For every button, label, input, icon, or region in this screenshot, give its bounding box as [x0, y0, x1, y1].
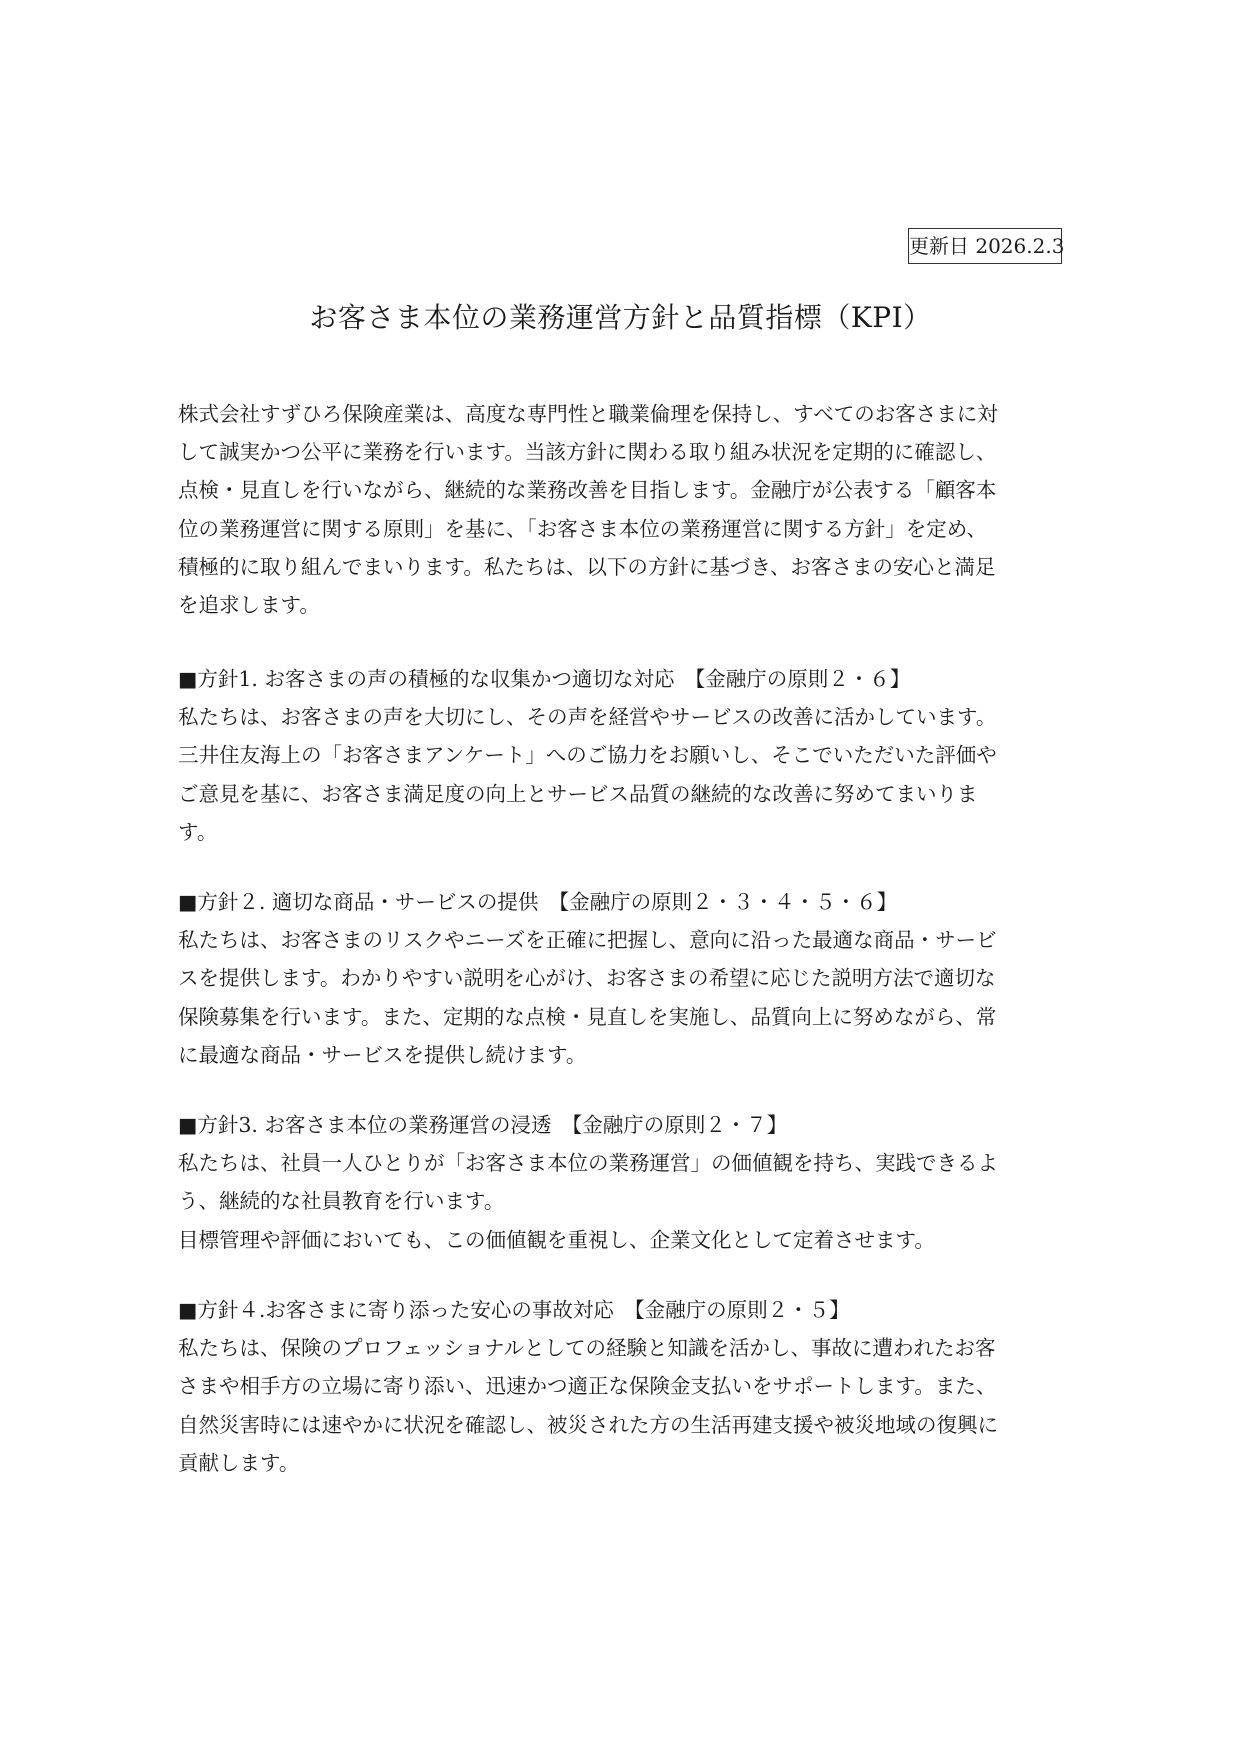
intro-line: 積極的に取り組んでまいります。私たちは、以下の方針に基づき、お客さまの安心と満足 — [178, 548, 1058, 586]
policy-line: さまや相手方の立場に寄り添い、迅速かつ適正な保険金支払いをサポートします。また、 — [178, 1367, 1058, 1405]
policy-line: スを提供します。わかりやすい説明を心がけ、お客さまの希望に応じた説明方法で適切な — [178, 959, 1058, 997]
intro-paragraph: 株式会社すずひろ保険産業は、高度な専門性と職業倫理を保持し、すべてのお客さまに対… — [178, 395, 1058, 624]
intro-line: 位の業務運営に関する原則」を基に、「お客さま本位の業務運営に関する方針」を定め、 — [178, 510, 1058, 548]
update-date: 更新日 2026.2.3 — [909, 234, 1064, 258]
policy-heading: ■方針1. お客さまの声の積極的な収集かつ適切な対応 【金融庁の原則２・６】 — [178, 660, 1058, 698]
intro-line: して誠実かつ公平に業務を行います。当該方針に関わる取り組み状況を定期的に確認し、 — [178, 433, 1058, 471]
policy-heading: ■方針3. お客さま本位の業務運営の浸透 【金融庁の原則２・７】 — [178, 1106, 1058, 1144]
policy-line: 私たちは、お客さまの声を大切にし、その声を経営やサービスの改善に活かしています。 — [178, 698, 1058, 736]
policy-line: 私たちは、社員一人ひとりが「お客さま本位の業務運営」の価値観を持ち、実践できるよ — [178, 1144, 1058, 1182]
update-date-box: 更新日 2026.2.3 — [908, 228, 1062, 264]
policy-line: 貢献します。 — [178, 1444, 1058, 1482]
policy-line: 保険募集を行います。また、定期的な点検・見直しを実施し、品質向上に努めながら、常 — [178, 998, 1058, 1036]
policy-section-4: ■方針４.お客さまに寄り添った安心の事故対応 【金融庁の原則２・５】 私たちは、… — [178, 1291, 1058, 1482]
policy-line: す。 — [178, 813, 1058, 851]
policy-line: 私たちは、保険のプロフェッショナルとしての経験と知識を活かし、事故に遭われたお客 — [178, 1329, 1058, 1367]
policy-heading: ■方針４.お客さまに寄り添った安心の事故対応 【金融庁の原則２・５】 — [178, 1291, 1058, 1329]
policy-line: に最適な商品・サービスを提供し続けます。 — [178, 1036, 1058, 1074]
policy-section-1: ■方針1. お客さまの声の積極的な収集かつ適切な対応 【金融庁の原則２・６】 私… — [178, 660, 1058, 851]
policy-heading: ■方針２. 適切な商品・サービスの提供 【金融庁の原則２・３・４・５・６】 — [178, 883, 1058, 921]
policy-section-3: ■方針3. お客さま本位の業務運営の浸透 【金融庁の原則２・７】 私たちは、社員… — [178, 1106, 1058, 1259]
policy-line: 自然災害時には速やかに状況を確認し、被災された方の生活再建支援や被災地域の復興に — [178, 1406, 1058, 1444]
policy-line: ご意見を基に、お客さま満足度の向上とサービス品質の継続的な改善に努めてまいりま — [178, 775, 1058, 813]
page-title: お客さま本位の業務運営方針と品質指標（KPI） — [0, 298, 1241, 338]
policy-line: う、継続的な社員教育を行います。 — [178, 1182, 1058, 1220]
policy-section-2: ■方針２. 適切な商品・サービスの提供 【金融庁の原則２・３・４・５・６】 私た… — [178, 883, 1058, 1074]
intro-line: を追求します。 — [178, 586, 1058, 624]
intro-line: 株式会社すずひろ保険産業は、高度な専門性と職業倫理を保持し、すべてのお客さまに対 — [178, 395, 1058, 433]
policy-line: 三井住友海上の「お客さまアンケート」へのご協力をお願いし、そこでいただいた評価や — [178, 736, 1058, 774]
policy-line: 目標管理や評価においても、この価値観を重視し、企業文化として定着させます。 — [178, 1221, 1058, 1259]
intro-line: 点検・見直しを行いながら、継続的な業務改善を目指します。金融庁が公表する「顧客本 — [178, 471, 1058, 509]
policy-line: 私たちは、お客さまのリスクやニーズを正確に把握し、意向に沿った最適な商品・サービ — [178, 921, 1058, 959]
